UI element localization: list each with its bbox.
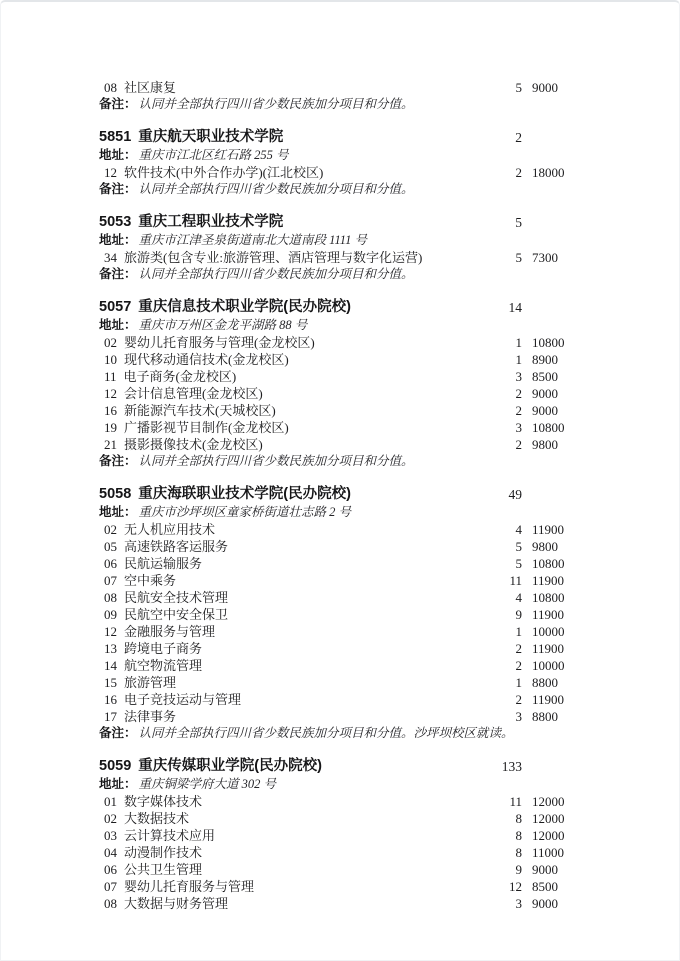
major-name-cell: 12软件技术(中外合作办学)(江北校区) xyxy=(99,164,477,181)
major-fee: 10800 xyxy=(532,555,592,572)
major-row: 11电子商务(金龙校区)38500 xyxy=(99,368,592,385)
college-fee-cell xyxy=(532,213,592,232)
major-code: 01 xyxy=(104,794,117,809)
continued-block: 08社区康复59000备注：认同并全部执行四川省少数民族加分项目和分值。 xyxy=(99,79,592,113)
college-section-5059: 5059重庆传媒职业学院(民办院校)133地址：重庆铜梁学府大道 302 号01… xyxy=(99,757,592,912)
major-name-cell: 02无人机应用技术 xyxy=(99,521,477,538)
major-name: 跨境电子商务 xyxy=(124,641,202,656)
major-plan-count: 9 xyxy=(487,861,522,878)
major-fee: 8500 xyxy=(532,368,592,385)
college-code: 5057 xyxy=(99,299,131,315)
college-fee-cell xyxy=(532,757,592,776)
major-code: 03 xyxy=(104,828,117,843)
major-name-cell: 16电子竞技运动与管理 xyxy=(99,691,477,708)
major-row: 09民航空中安全保卫911900 xyxy=(99,606,592,623)
major-name-cell: 12会计信息管理(金龙校区) xyxy=(99,385,477,402)
major-row: 08民航安全技术管理410800 xyxy=(99,589,592,606)
major-plan-count: 2 xyxy=(487,402,522,419)
note-label: 备注： xyxy=(99,182,137,196)
major-plan-count: 3 xyxy=(487,368,522,385)
major-code: 34 xyxy=(104,250,117,265)
major-name: 公共卫生管理 xyxy=(124,862,202,877)
major-code: 06 xyxy=(104,862,117,877)
major-code: 16 xyxy=(104,403,117,418)
major-row: 17法律事务38800 xyxy=(99,708,592,725)
major-fee: 10800 xyxy=(532,589,592,606)
address-label: 地址： xyxy=(99,318,137,332)
major-row: 14航空物流管理210000 xyxy=(99,657,592,674)
major-plan-count: 2 xyxy=(487,436,522,453)
note-row: 备注：认同并全部执行四川省少数民族加分项目和分值。沙坪坝校区就读。 xyxy=(99,725,592,742)
major-name: 金融服务与管理 xyxy=(124,624,215,639)
major-name-cell: 16新能源汽车技术(天城校区) xyxy=(99,402,477,419)
major-code: 02 xyxy=(104,335,117,350)
major-plan-count: 11 xyxy=(487,572,522,589)
college-section-5851: 5851重庆航天职业技术学院2地址：重庆市江北区红石路 255 号12软件技术(… xyxy=(99,128,592,198)
major-code: 07 xyxy=(104,879,117,894)
major-name-cell: 05高速铁路客运服务 xyxy=(99,538,477,555)
note-row: 备注：认同并全部执行四川省少数民族加分项目和分值。 xyxy=(99,181,592,198)
major-row: 08大数据与财务管理39000 xyxy=(99,895,592,912)
college-name: 重庆工程职业技术学院 xyxy=(138,214,283,230)
major-name: 民航安全技术管理 xyxy=(124,590,228,605)
major-row: 16新能源汽车技术(天城校区)29000 xyxy=(99,402,592,419)
major-plan-count: 4 xyxy=(487,589,522,606)
major-fee: 9000 xyxy=(532,895,592,912)
major-plan-count: 3 xyxy=(487,419,522,436)
major-name-cell: 10现代移动通信技术(金龙校区) xyxy=(99,351,477,368)
major-fee: 10800 xyxy=(532,419,592,436)
major-fee: 11900 xyxy=(532,640,592,657)
major-name: 大数据技术 xyxy=(124,811,189,826)
major-name-cell: 08社区康复 xyxy=(99,79,477,96)
major-row: 03云计算技术应用812000 xyxy=(99,827,592,844)
address-label: 地址： xyxy=(99,148,137,162)
major-plan-count: 1 xyxy=(487,351,522,368)
major-name: 婴幼儿托育服务与管理(金龙校区) xyxy=(124,335,315,350)
major-name-cell: 13跨境电子商务 xyxy=(99,640,477,657)
college-header: 5059重庆传媒职业学院(民办院校)133 xyxy=(99,757,592,776)
major-code: 12 xyxy=(104,165,117,180)
major-fee: 11900 xyxy=(532,521,592,538)
note-label: 备注： xyxy=(99,97,137,111)
major-name: 广播影视节目制作(金龙校区) xyxy=(124,420,289,435)
address-text: 重庆市沙坪坝区童家桥街道壮志路 2 号 xyxy=(139,505,352,519)
major-plan-count: 2 xyxy=(487,164,522,181)
major-name: 会计信息管理(金龙校区) xyxy=(124,386,263,401)
address-row: 地址：重庆市江北区红石路 255 号 xyxy=(99,147,592,164)
college-plan-count: 5 xyxy=(487,213,522,232)
major-name-cell: 04动漫制作技术 xyxy=(99,844,477,861)
major-row: 01数字媒体技术1112000 xyxy=(99,793,592,810)
major-plan-count: 12 xyxy=(487,878,522,895)
major-name-cell: 06民航运输服务 xyxy=(99,555,477,572)
major-plan-count: 3 xyxy=(487,708,522,725)
major-plan-count: 8 xyxy=(487,827,522,844)
major-name: 电子商务(金龙校区) xyxy=(124,369,237,384)
major-name-cell: 15旅游管理 xyxy=(99,674,477,691)
note-text: 认同并全部执行四川省少数民族加分项目和分值。沙坪坝校区就读。 xyxy=(139,726,514,740)
major-name: 民航空中安全保卫 xyxy=(124,607,228,622)
major-fee: 9000 xyxy=(532,861,592,878)
major-name-cell: 07空中乘务 xyxy=(99,572,477,589)
major-fee: 12000 xyxy=(532,810,592,827)
major-fee: 10000 xyxy=(532,657,592,674)
college-header: 5058重庆海联职业技术学院(民办院校)49 xyxy=(99,485,592,504)
address-text: 重庆市江北区红石路 255 号 xyxy=(139,148,289,162)
major-row: 04动漫制作技术811000 xyxy=(99,844,592,861)
major-plan-count: 8 xyxy=(487,810,522,827)
major-name-cell: 19广播影视节目制作(金龙校区) xyxy=(99,419,477,436)
major-name-cell: 08民航安全技术管理 xyxy=(99,589,477,606)
major-code: 07 xyxy=(104,573,117,588)
major-fee: 11900 xyxy=(532,691,592,708)
major-name: 婴幼儿托育服务与管理 xyxy=(124,879,254,894)
college-section-5058: 5058重庆海联职业技术学院(民办院校)49地址：重庆市沙坪坝区童家桥街道壮志路… xyxy=(99,485,592,742)
major-fee: 9000 xyxy=(532,385,592,402)
major-name-cell: 03云计算技术应用 xyxy=(99,827,477,844)
major-plan-count: 5 xyxy=(487,538,522,555)
major-fee: 9000 xyxy=(532,79,592,96)
note-row: 备注：认同并全部执行四川省少数民族加分项目和分值。 xyxy=(99,266,592,283)
major-code: 17 xyxy=(104,709,117,724)
address-row: 地址：重庆市万州区金龙平湖路 88 号 xyxy=(99,317,592,334)
major-name: 云计算技术应用 xyxy=(124,828,215,843)
major-plan-count: 3 xyxy=(487,895,522,912)
major-code: 04 xyxy=(104,845,117,860)
major-code: 08 xyxy=(104,80,117,95)
college-plan-count: 133 xyxy=(487,757,522,776)
major-name-cell: 07婴幼儿托育服务与管理 xyxy=(99,878,477,895)
major-name-cell: 06公共卫生管理 xyxy=(99,861,477,878)
major-fee: 18000 xyxy=(532,164,592,181)
college-fee-cell xyxy=(532,128,592,147)
major-code: 13 xyxy=(104,641,117,656)
major-name-cell: 34旅游类(包含专业:旅游管理、酒店管理与数字化运营) xyxy=(99,249,477,266)
major-row: 34旅游类(包含专业:旅游管理、酒店管理与数字化运营)57300 xyxy=(99,249,592,266)
major-code: 14 xyxy=(104,658,117,673)
major-row: 07空中乘务1111900 xyxy=(99,572,592,589)
note-text: 认同并全部执行四川省少数民族加分项目和分值。 xyxy=(139,182,414,196)
major-name-cell: 17法律事务 xyxy=(99,708,477,725)
college-plan-count: 2 xyxy=(487,128,522,147)
major-code: 19 xyxy=(104,420,117,435)
major-row: 15旅游管理18800 xyxy=(99,674,592,691)
major-plan-count: 2 xyxy=(487,385,522,402)
major-name: 旅游类(包含专业:旅游管理、酒店管理与数字化运营) xyxy=(124,250,422,265)
major-code: 02 xyxy=(104,811,117,826)
address-text: 重庆铜梁学府大道 302 号 xyxy=(139,777,277,791)
major-name-cell: 01数字媒体技术 xyxy=(99,793,477,810)
major-code: 15 xyxy=(104,675,117,690)
major-row: 02无人机应用技术411900 xyxy=(99,521,592,538)
note-row: 备注：认同并全部执行四川省少数民族加分项目和分值。 xyxy=(99,453,592,470)
major-name: 动漫制作技术 xyxy=(124,845,202,860)
major-name-cell: 02婴幼儿托育服务与管理(金龙校区) xyxy=(99,334,477,351)
major-code: 02 xyxy=(104,522,117,537)
major-name: 民航运输服务 xyxy=(124,556,202,571)
major-plan-count: 1 xyxy=(487,674,522,691)
college-fee-cell xyxy=(532,485,592,504)
college-section-5057: 5057重庆信息技术职业学院(民办院校)14地址：重庆市万州区金龙平湖路 88 … xyxy=(99,298,592,470)
admission-plan-list: 08社区康复59000备注：认同并全部执行四川省少数民族加分项目和分值。5851… xyxy=(99,79,592,912)
major-code: 21 xyxy=(104,437,117,452)
major-row: 07婴幼儿托育服务与管理128500 xyxy=(99,878,592,895)
major-name: 法律事务 xyxy=(124,709,176,724)
note-text: 认同并全部执行四川省少数民族加分项目和分值。 xyxy=(139,267,414,281)
major-plan-count: 4 xyxy=(487,521,522,538)
major-name: 航空物流管理 xyxy=(124,658,202,673)
major-name: 新能源汽车技术(天城校区) xyxy=(124,403,276,418)
major-row: 08社区康复59000 xyxy=(99,79,592,96)
major-row: 21摄影摄像技术(金龙校区)29800 xyxy=(99,436,592,453)
major-fee: 8800 xyxy=(532,708,592,725)
major-row: 02大数据技术812000 xyxy=(99,810,592,827)
major-plan-count: 1 xyxy=(487,334,522,351)
college-code: 5851 xyxy=(99,129,131,145)
address-row: 地址：重庆市江津圣泉街道南北大道南段 1111 号 xyxy=(99,232,592,249)
major-fee: 9800 xyxy=(532,436,592,453)
major-name: 大数据与财务管理 xyxy=(124,896,228,911)
major-code: 08 xyxy=(104,590,117,605)
major-name: 电子竞技运动与管理 xyxy=(124,692,241,707)
major-fee: 11900 xyxy=(532,572,592,589)
major-plan-count: 2 xyxy=(487,657,522,674)
major-code: 11 xyxy=(104,369,117,384)
address-text: 重庆市万州区金龙平湖路 88 号 xyxy=(139,318,308,332)
major-plan-count: 11 xyxy=(487,793,522,810)
major-code: 12 xyxy=(104,386,117,401)
major-code: 09 xyxy=(104,607,117,622)
major-plan-count: 1 xyxy=(487,623,522,640)
major-plan-count: 5 xyxy=(487,79,522,96)
major-fee: 10000 xyxy=(532,623,592,640)
major-name-cell: 08大数据与财务管理 xyxy=(99,895,477,912)
address-label: 地址： xyxy=(99,777,137,791)
major-name-cell: 02大数据技术 xyxy=(99,810,477,827)
major-fee: 7300 xyxy=(532,249,592,266)
major-name: 摄影摄像技术(金龙校区) xyxy=(124,437,263,452)
major-fee: 10800 xyxy=(532,334,592,351)
major-plan-count: 5 xyxy=(487,249,522,266)
college-title-cell: 5053重庆工程职业技术学院 xyxy=(99,213,477,232)
major-name: 高速铁路客运服务 xyxy=(124,539,228,554)
major-name-cell: 14航空物流管理 xyxy=(99,657,477,674)
college-section-5053: 5053重庆工程职业技术学院5地址：重庆市江津圣泉街道南北大道南段 1111 号… xyxy=(99,213,592,283)
college-name: 重庆航天职业技术学院 xyxy=(138,129,283,145)
major-fee: 8500 xyxy=(532,878,592,895)
major-name-cell: 21摄影摄像技术(金龙校区) xyxy=(99,436,477,453)
address-row: 地址：重庆铜梁学府大道 302 号 xyxy=(99,776,592,793)
address-text: 重庆市江津圣泉街道南北大道南段 1111 号 xyxy=(139,233,367,247)
college-code: 5059 xyxy=(99,758,131,774)
note-text: 认同并全部执行四川省少数民族加分项目和分值。 xyxy=(139,97,414,111)
major-name: 空中乘务 xyxy=(124,573,176,588)
document-page: 08社区康复59000备注：认同并全部执行四川省少数民族加分项目和分值。5851… xyxy=(0,0,680,961)
major-row: 13跨境电子商务211900 xyxy=(99,640,592,657)
major-code: 08 xyxy=(104,896,117,911)
college-plan-count: 14 xyxy=(487,298,522,317)
college-title-cell: 5057重庆信息技术职业学院(民办院校) xyxy=(99,298,477,317)
note-label: 备注： xyxy=(99,726,137,740)
major-name: 现代移动通信技术(金龙校区) xyxy=(124,352,289,367)
major-fee: 12000 xyxy=(532,827,592,844)
note-label: 备注： xyxy=(99,267,137,281)
address-row: 地址：重庆市沙坪坝区童家桥街道壮志路 2 号 xyxy=(99,504,592,521)
college-plan-count: 49 xyxy=(487,485,522,504)
major-row: 12会计信息管理(金龙校区)29000 xyxy=(99,385,592,402)
major-name: 旅游管理 xyxy=(124,675,176,690)
college-name: 重庆信息技术职业学院(民办院校) xyxy=(138,299,351,315)
address-label: 地址： xyxy=(99,233,137,247)
major-plan-count: 9 xyxy=(487,606,522,623)
college-code: 5058 xyxy=(99,486,131,502)
college-header: 5053重庆工程职业技术学院5 xyxy=(99,213,592,232)
major-name-cell: 11电子商务(金龙校区) xyxy=(99,368,477,385)
college-title-cell: 5059重庆传媒职业学院(民办院校) xyxy=(99,757,477,776)
college-title-cell: 5058重庆海联职业技术学院(民办院校) xyxy=(99,485,477,504)
major-row: 19广播影视节目制作(金龙校区)310800 xyxy=(99,419,592,436)
college-name: 重庆传媒职业学院(民办院校) xyxy=(138,758,322,774)
major-fee: 8800 xyxy=(532,674,592,691)
major-name: 数字媒体技术 xyxy=(124,794,202,809)
major-plan-count: 8 xyxy=(487,844,522,861)
major-plan-count: 2 xyxy=(487,691,522,708)
major-fee: 9800 xyxy=(532,538,592,555)
college-fee-cell xyxy=(532,298,592,317)
major-code: 10 xyxy=(104,352,117,367)
major-fee: 11900 xyxy=(532,606,592,623)
college-code: 5053 xyxy=(99,214,131,230)
major-name: 无人机应用技术 xyxy=(124,522,215,537)
note-row: 备注：认同并全部执行四川省少数民族加分项目和分值。 xyxy=(99,96,592,113)
major-code: 12 xyxy=(104,624,117,639)
major-name: 社区康复 xyxy=(124,80,176,95)
major-row: 10现代移动通信技术(金龙校区)18900 xyxy=(99,351,592,368)
major-fee: 11000 xyxy=(532,844,592,861)
college-header: 5851重庆航天职业技术学院2 xyxy=(99,128,592,147)
major-fee: 9000 xyxy=(532,402,592,419)
major-plan-count: 2 xyxy=(487,640,522,657)
major-name-cell: 09民航空中安全保卫 xyxy=(99,606,477,623)
college-name: 重庆海联职业技术学院(民办院校) xyxy=(138,486,351,502)
major-row: 12软件技术(中外合作办学)(江北校区)218000 xyxy=(99,164,592,181)
major-fee: 12000 xyxy=(532,793,592,810)
note-label: 备注： xyxy=(99,454,137,468)
major-row: 05高速铁路客运服务59800 xyxy=(99,538,592,555)
college-header: 5057重庆信息技术职业学院(民办院校)14 xyxy=(99,298,592,317)
college-title-cell: 5851重庆航天职业技术学院 xyxy=(99,128,477,147)
major-code: 16 xyxy=(104,692,117,707)
major-plan-count: 5 xyxy=(487,555,522,572)
major-row: 06公共卫生管理99000 xyxy=(99,861,592,878)
major-fee: 8900 xyxy=(532,351,592,368)
major-code: 05 xyxy=(104,539,117,554)
major-row: 02婴幼儿托育服务与管理(金龙校区)110800 xyxy=(99,334,592,351)
note-text: 认同并全部执行四川省少数民族加分项目和分值。 xyxy=(139,454,414,468)
page-content: 08社区康复59000备注：认同并全部执行四川省少数民族加分项目和分值。5851… xyxy=(1,2,679,912)
major-row: 06民航运输服务510800 xyxy=(99,555,592,572)
major-name-cell: 12金融服务与管理 xyxy=(99,623,477,640)
address-label: 地址： xyxy=(99,505,137,519)
major-row: 16电子竞技运动与管理211900 xyxy=(99,691,592,708)
major-name: 软件技术(中外合作办学)(江北校区) xyxy=(124,165,323,180)
major-row: 12金融服务与管理110000 xyxy=(99,623,592,640)
major-code: 06 xyxy=(104,556,117,571)
